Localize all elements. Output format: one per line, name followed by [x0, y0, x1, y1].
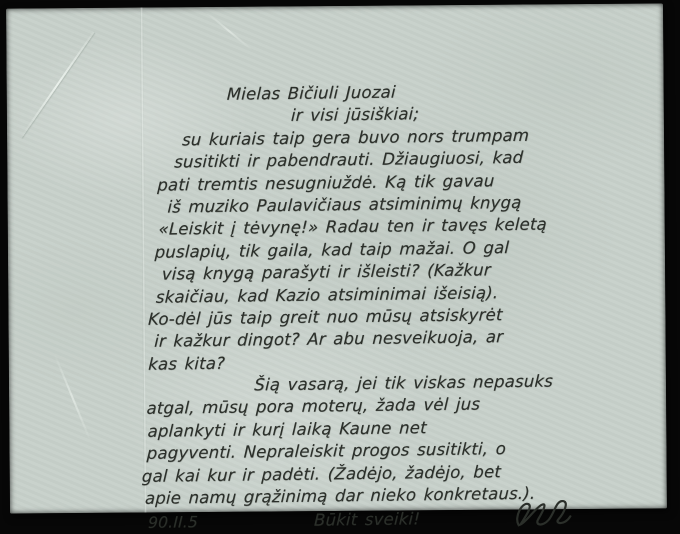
bottom-crease	[54, 354, 92, 442]
corner-crease	[20, 31, 94, 138]
letter-closing: Būkit sveiki!	[314, 508, 421, 532]
letter-text: Mielas Bičiuli Juozai ir visi jūsiškiai;…	[138, 78, 661, 534]
signature-scribble	[512, 495, 575, 534]
top-crease	[206, 11, 253, 50]
scan-background: Mielas Bičiuli Juozai ir visi jūsiškiai;…	[0, 0, 680, 534]
letter-paper: Mielas Bičiuli Juozai ir visi jūsiškiai;…	[6, 3, 667, 513]
letter-date: 90.II.5	[148, 511, 199, 534]
